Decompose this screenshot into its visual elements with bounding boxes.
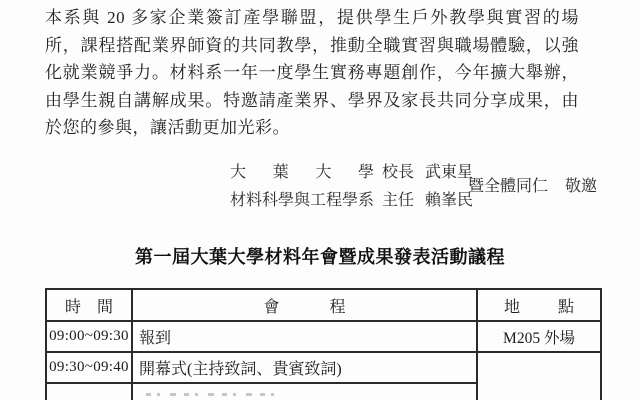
table-row-opening: 09:30~09:40 開幕式(主持致詞、貴賓致詞) [46,352,601,383]
header-label-time: 時間 [65,294,113,317]
clipped-text-fragment [146,393,274,396]
header-label-program: 會程 [264,294,346,317]
header-cell-program: 會程 [132,289,477,321]
department-name: 材料科學與工程學系 [230,192,374,209]
closing-colleagues: 暨全體同仁 [468,178,548,195]
agenda-header-row: 時間 會程 地點 [46,289,601,321]
scanned-document-page: { "page": { "background": "#fdfdfd", "te… [0,0,640,400]
location-cell: M205 外場 [477,321,601,352]
time-cell: 09:30~09:40 [46,352,132,383]
president-name: 武東星 [425,164,473,181]
president-title: 校長 [382,164,414,181]
header-cell-time: 時間 [46,289,132,321]
program-cell: 報到 [132,321,477,352]
intro-paragraph: 本系與 20 多家企業簽訂產學聯盟，提供學生戶外教學與實習的場所，課程搭配業界師… [45,4,579,142]
header-cell-location: 地點 [477,289,601,321]
signature-line-chair: 材料科學與工程學系主任賴峯民 [230,187,473,215]
closing-respectfully-invite: 敬邀 [565,178,597,195]
time-cell: 09:00~09:30 [46,321,132,352]
agenda-table: 時間 會程 地點 09:00~09:30 報到 M205 外場 09:30~09… [45,288,602,400]
header-label-location: 地點 [504,294,574,317]
table-row-registration: 09:00~09:30 報到 M205 外場 [46,321,601,352]
time-cell [46,383,132,400]
chair-name: 賴峯民 [425,192,473,209]
closing-invitation: 暨全體同仁敬邀 [468,173,597,196]
program-cell: 開幕式(主持致詞、貴賓致詞) [132,352,477,383]
signature-block: 大葉大學校長武東星 材料科學與工程學系主任賴峯民 [230,159,473,215]
university-name: 大葉大學 [230,159,374,187]
signature-line-president: 大葉大學校長武東星 [230,159,473,187]
location-cell-merged [477,352,601,400]
chair-title: 主任 [382,192,414,209]
agenda-title: 第一屆大葉大學材料年會暨成果發表活動議程 [0,243,640,269]
program-cell [132,383,477,400]
